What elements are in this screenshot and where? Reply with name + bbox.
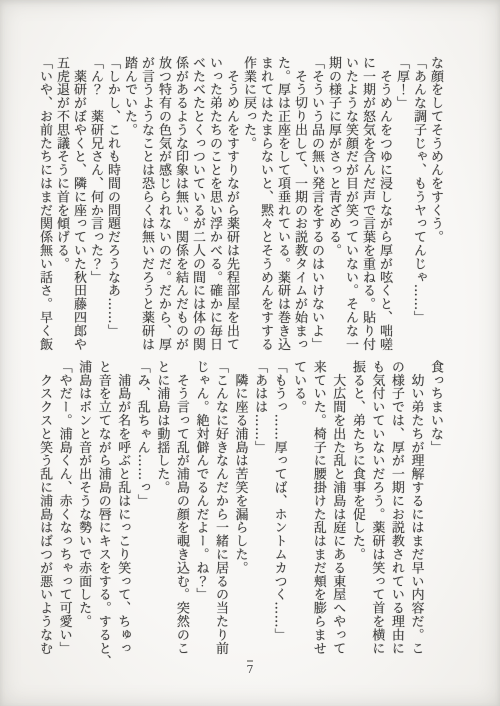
text-column: 踏んでいた。 — [123, 56, 136, 136]
text-column: に一期が怒気を含んだ声で言葉を重ねる。貼り付 — [361, 56, 374, 351]
text-column: じゃん。絶対僻んでるんだよー。ね？」 — [194, 360, 207, 601]
text-column: 五虎退が不思議そうに首を傾げる。 — [55, 56, 68, 270]
page-number-mark — [247, 660, 253, 662]
text-column: べたべたとくっついているが二人の間には体の関 — [191, 56, 204, 351]
text-column: いった弟たちのことを思い浮かべる。確かに毎日 — [208, 56, 221, 351]
text-column: いたような笑顔だが目が笑っていない。そんな一 — [344, 56, 357, 351]
text-column: 「あんな調子じゃ、もうヤってんじゃ……」 — [412, 56, 425, 324]
text-column: 「あはは……」 — [253, 360, 266, 454]
text-column: た。厚は正座をして項垂れている。薬研は巻き込 — [276, 56, 289, 351]
text-column: 振ると、弟たちに食事を促した。 — [351, 360, 364, 561]
text-column: 浦島が名を呼ぶと乱はにっこり笑って、ちゅっ — [116, 360, 129, 655]
text-column: 幼い弟たちが理解するにはまだ早い内容だ。こ — [409, 360, 422, 655]
text-column: 「そういう品の無い発言をするのはいけないよ」 — [310, 56, 323, 351]
text-column: 大広間を出た乱と浦島は庭にある東屋へやって — [331, 360, 344, 655]
text-column: 「厚！」 — [395, 56, 408, 110]
text-column: な顔をしてそうめんをすくう。 — [429, 56, 442, 244]
text-column: 「み、乱ちゃん……っ」 — [136, 360, 149, 507]
text-column: 浦島はボンと音が出そうな勢いで赤面した。 — [77, 360, 90, 628]
text-column: まれてはたまらないと、黙々とそうめんをすする — [259, 56, 272, 351]
text-column: そうめんをつゆに浸しながら厚が呟くと、咄嗟 — [378, 56, 391, 351]
top-text-block: な顔をしてそうめんをすくう。「あんな調子じゃ、もうヤってんじゃ……」「厚！」 そ… — [38, 56, 442, 348]
text-column: 「やだー。浦島くん、赤くなっちゃって可愛い」 — [58, 360, 71, 655]
text-column: 「もうっ……厚ってば、ホントムカつく……」 — [273, 360, 286, 641]
text-column: 薬研がぼやくと、隣に座っていた秋田藤四郎や — [72, 56, 85, 351]
text-column: 「いや、お前たちにはまだ関係無い話さ。早く飯 — [38, 56, 51, 351]
text-column: そう切り出して、一期のお説教タイムが始まっ — [293, 56, 306, 351]
page-footer: 7 — [0, 660, 500, 675]
text-column: 期の様子に厚がさっと青ざめる。 — [327, 56, 340, 257]
text-column: の様子では、厚が一期にお説教されている理由に — [390, 360, 403, 655]
text-column: 「こんなに好きなんだから一緒に居るの当たり前 — [214, 360, 227, 655]
scanned-book-page: な顔をしてそうめんをすくう。「あんな調子じゃ、もうヤってんじゃ……」「厚！」 そ… — [0, 0, 500, 706]
page-number: 7 — [247, 664, 254, 675]
text-column: そうめんをすすりながら薬研は先程部屋を出て — [225, 56, 238, 351]
text-column: 放つ特有の色気が感じられないのだ。だから、厚 — [157, 56, 170, 351]
text-column: 来ていた。椅子に腰掛けた乱はまだ頬を膨らませ — [312, 360, 325, 655]
text-column: 係があるような印象は無い。関係を結んだものが — [174, 56, 187, 351]
text-column: 隣に座る浦島は苦笑を漏らした。 — [234, 360, 247, 574]
text-column: ている。 — [292, 360, 305, 414]
text-column: そう言って乱が浦島の顔を覗き込む。突然のこ — [175, 360, 188, 655]
text-column: が言うようなことは恐らくは無いだろうと薬研は — [140, 56, 153, 351]
text-column: 食っちまいな」 — [429, 360, 442, 454]
text-column: も気付いていないだろう。薬研は笑って首を横に — [370, 360, 383, 655]
text-column: 「しかし、これも時間の問題だろうなあ……」 — [106, 56, 119, 337]
bottom-text-block: 食っちまいな」 幼い弟たちが理解するにはまだ早い内容だ。この様子では、厚が一期に… — [38, 360, 442, 660]
text-column: 「ん？ 薬研兄さん、何か言った？」 — [89, 56, 102, 284]
text-column: と音を立てながら浦島の唇にキスをする。すると、 — [97, 360, 110, 668]
text-column: 作業に戻った。 — [242, 56, 255, 150]
text-column: クスクスと笑う乱に浦島はばつが悪いようなむ — [38, 360, 51, 655]
text-column: とに浦島は動揺した。 — [155, 360, 168, 494]
